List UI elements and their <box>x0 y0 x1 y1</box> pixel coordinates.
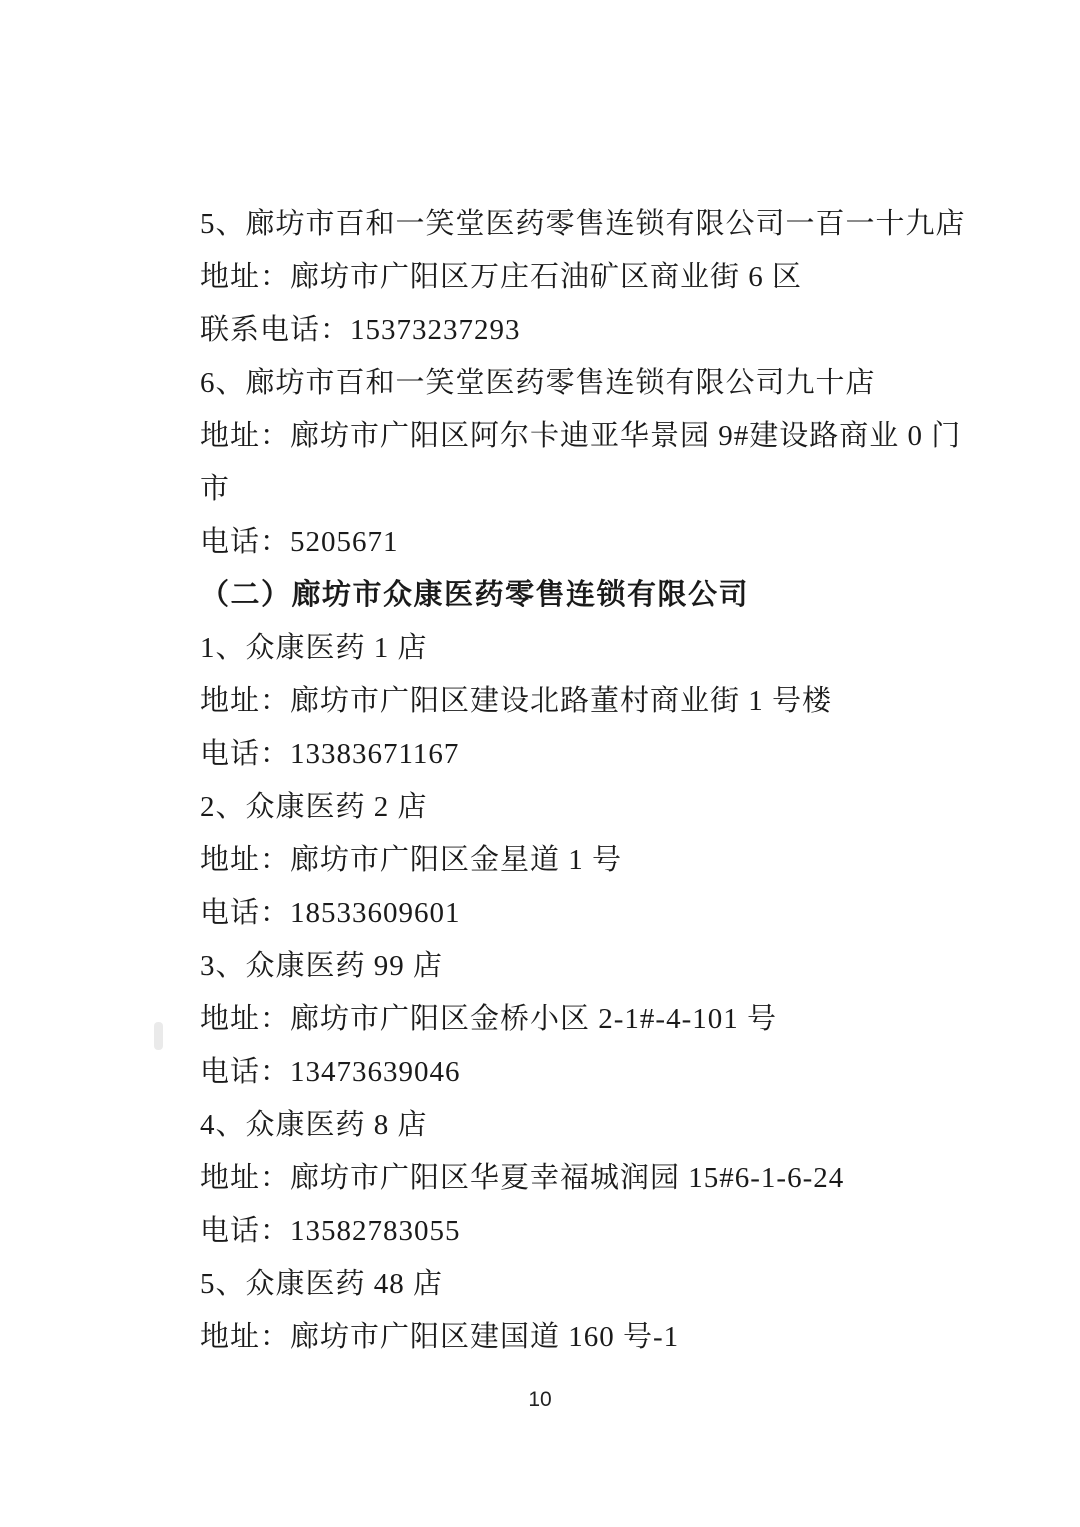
store-address-wrap-line: 市 <box>200 463 970 516</box>
store-phone-line: 电话：18533609601 <box>200 887 970 940</box>
store-title-line: 5、众康医药 48 店 <box>200 1258 970 1311</box>
page-number: 10 <box>0 1388 1080 1412</box>
store-address-line: 地址：廊坊市广阳区万庄石油矿区商业街 6 区 <box>200 251 970 304</box>
store-phone-line: 电话：13473639046 <box>200 1046 970 1099</box>
store-title-line: 2、众康医药 2 店 <box>200 781 970 834</box>
store-phone-line: 电话：5205671 <box>200 516 970 569</box>
store-address-line: 地址：廊坊市广阳区金星道 1 号 <box>200 834 970 887</box>
store-address-line: 地址：廊坊市广阳区华夏幸福城润园 15#6-1-6-24 <box>200 1152 970 1205</box>
store-title-line: 1、众康医药 1 店 <box>200 622 970 675</box>
store-title-line: 6、廊坊市百和一笑堂医药零售连锁有限公司九十店 <box>200 357 970 410</box>
section-heading: （二）廊坊市众康医药零售连锁有限公司 <box>200 569 970 622</box>
document-page: 5、廊坊市百和一笑堂医药零售连锁有限公司一百一十九店 地址：廊坊市广阳区万庄石油… <box>0 0 1080 1527</box>
store-phone-line: 电话：13582783055 <box>200 1205 970 1258</box>
store-phone-line: 联系电话：15373237293 <box>200 304 970 357</box>
store-title-line: 5、廊坊市百和一笑堂医药零售连锁有限公司一百一十九店 <box>200 198 970 251</box>
store-title-line: 3、众康医药 99 店 <box>200 940 970 993</box>
document-content: 5、廊坊市百和一笑堂医药零售连锁有限公司一百一十九店 地址：廊坊市广阳区万庄石油… <box>200 198 970 1364</box>
store-phone-line: 电话：13383671167 <box>200 728 970 781</box>
store-title-line: 4、众康医药 8 店 <box>200 1099 970 1152</box>
scan-smudge-artifact <box>154 1022 163 1050</box>
store-address-line: 地址：廊坊市广阳区金桥小区 2-1#-4-101 号 <box>200 993 970 1046</box>
store-address-line: 地址：廊坊市广阳区建国道 160 号-1 <box>200 1311 970 1364</box>
store-address-line: 地址：廊坊市广阳区建设北路董村商业街 1 号楼 <box>200 675 970 728</box>
store-address-line: 地址：廊坊市广阳区阿尔卡迪亚华景园 9#建设路商业 0 门 <box>200 410 970 463</box>
